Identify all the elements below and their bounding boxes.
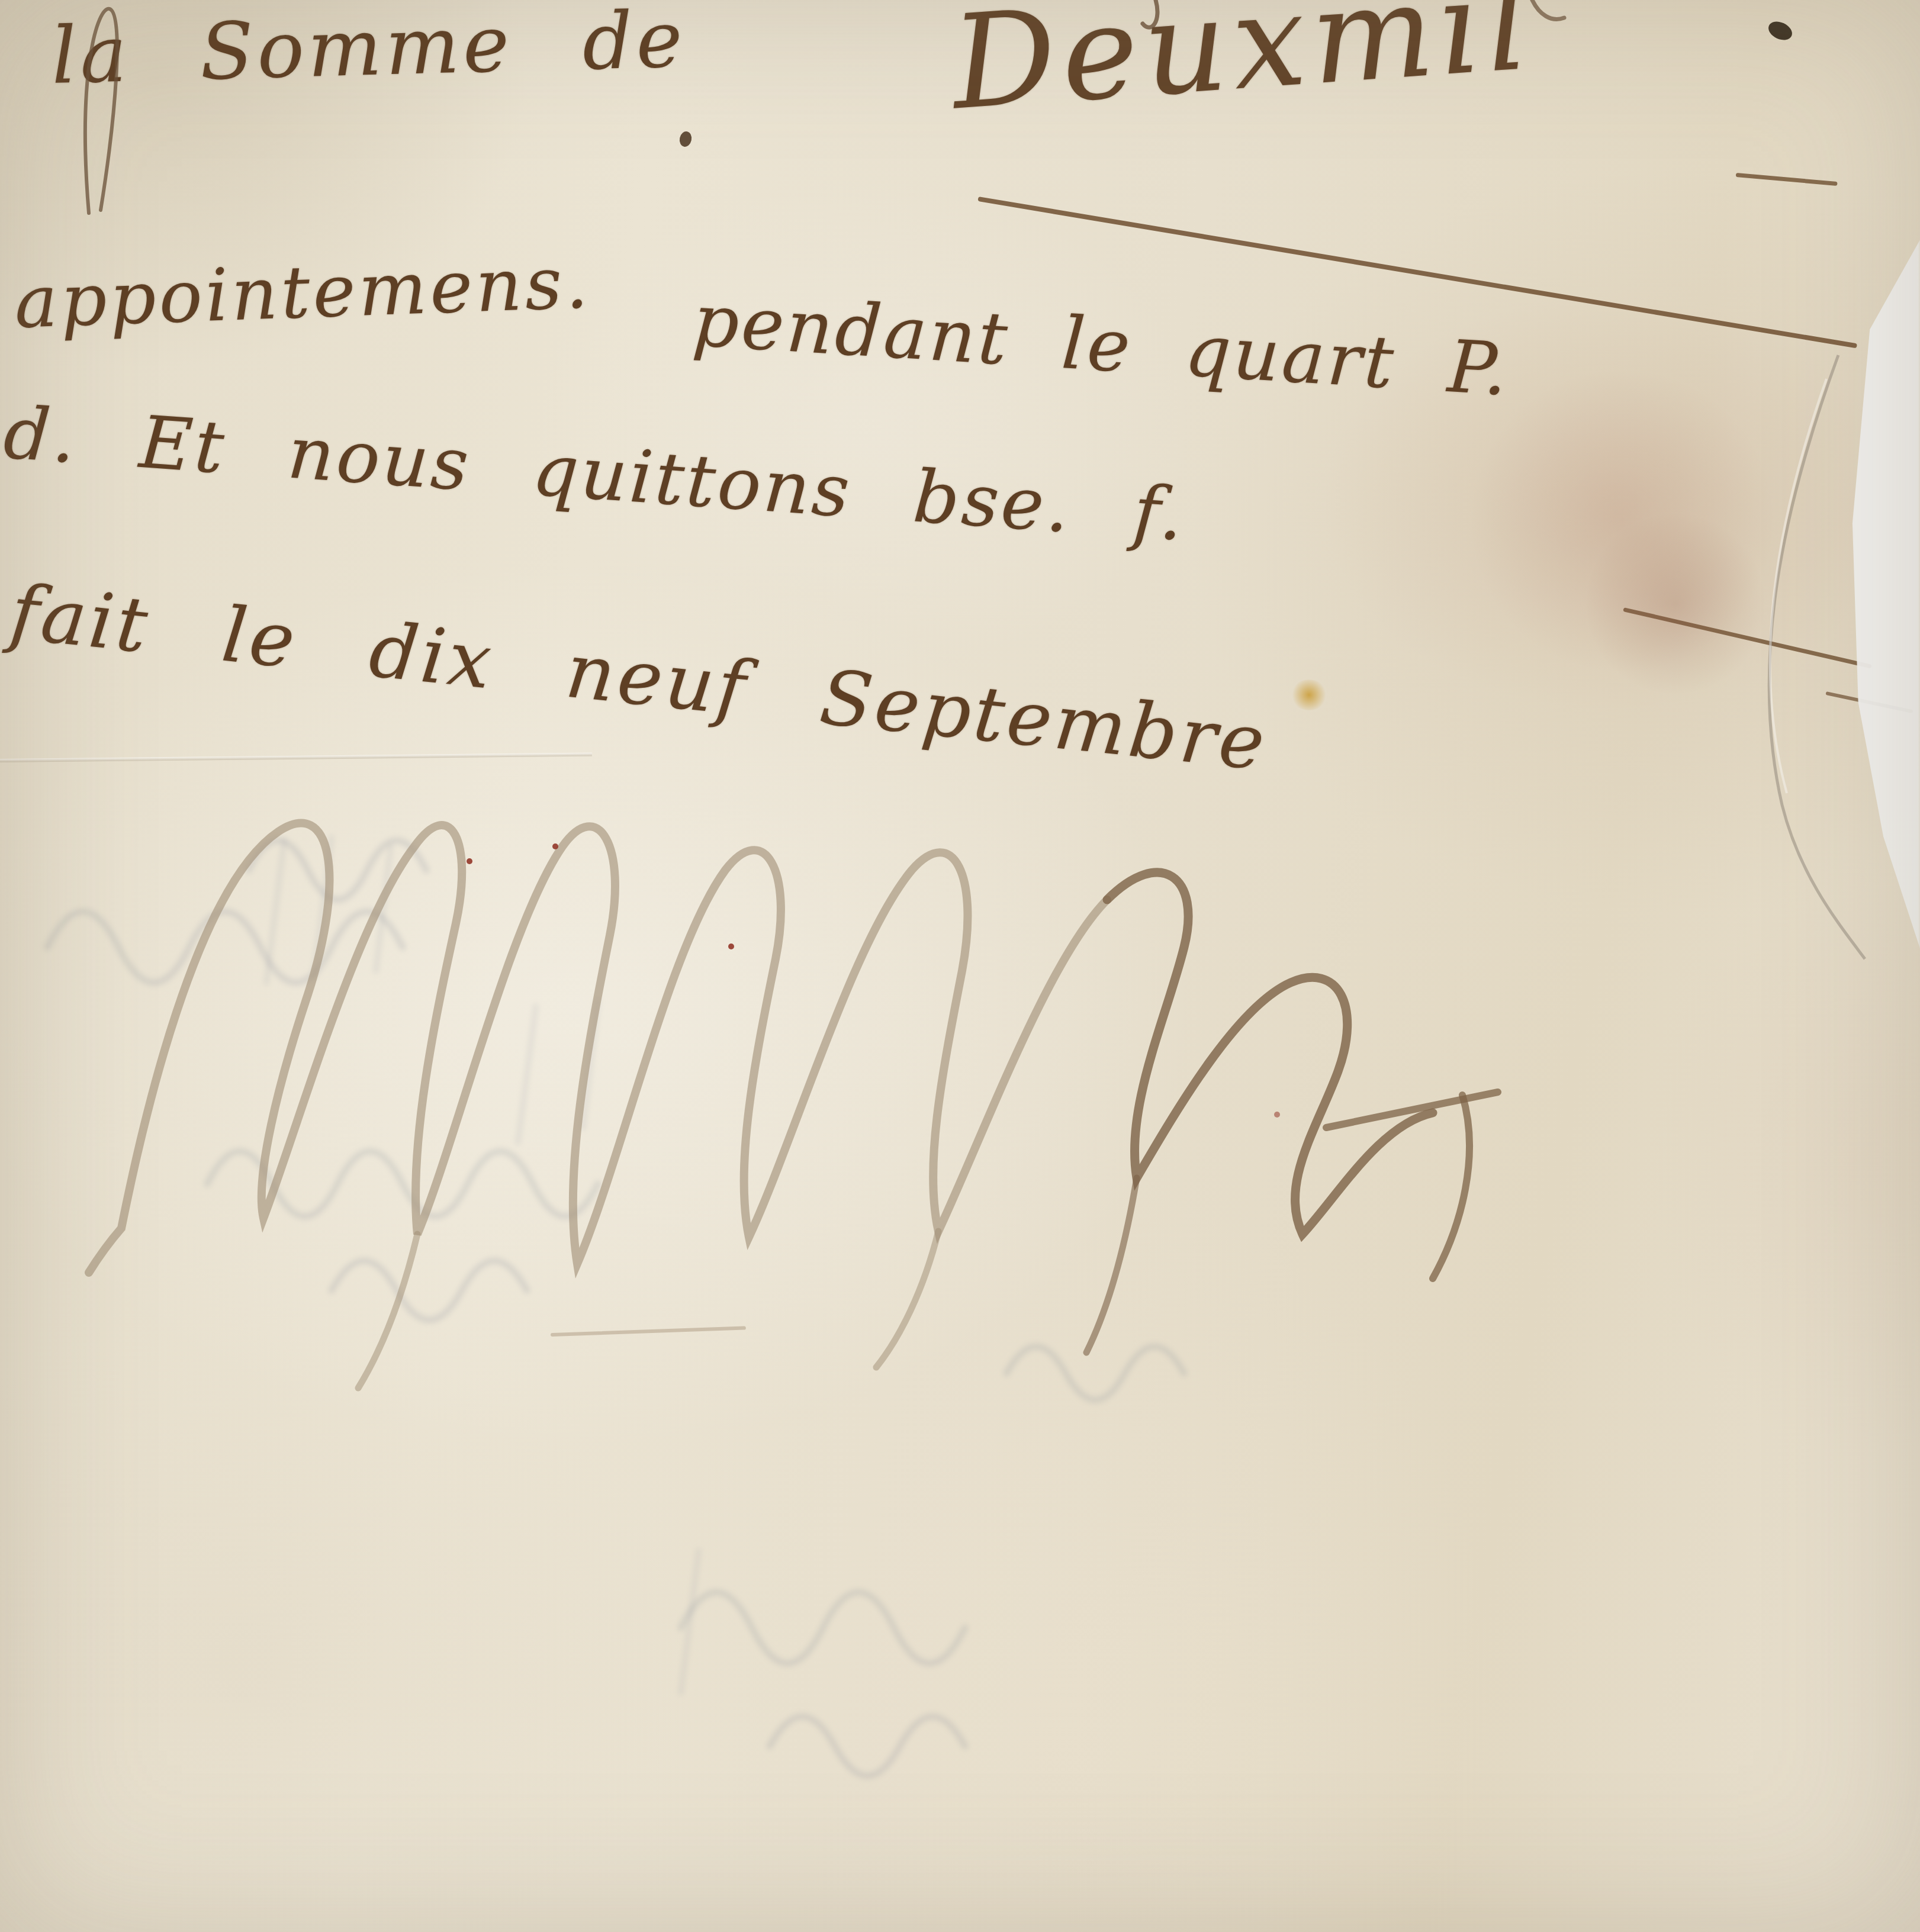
photo-vignette xyxy=(0,0,1920,1932)
manuscript-photo: la Somme de Deuxmil appointemens. pendan… xyxy=(0,0,1920,1932)
